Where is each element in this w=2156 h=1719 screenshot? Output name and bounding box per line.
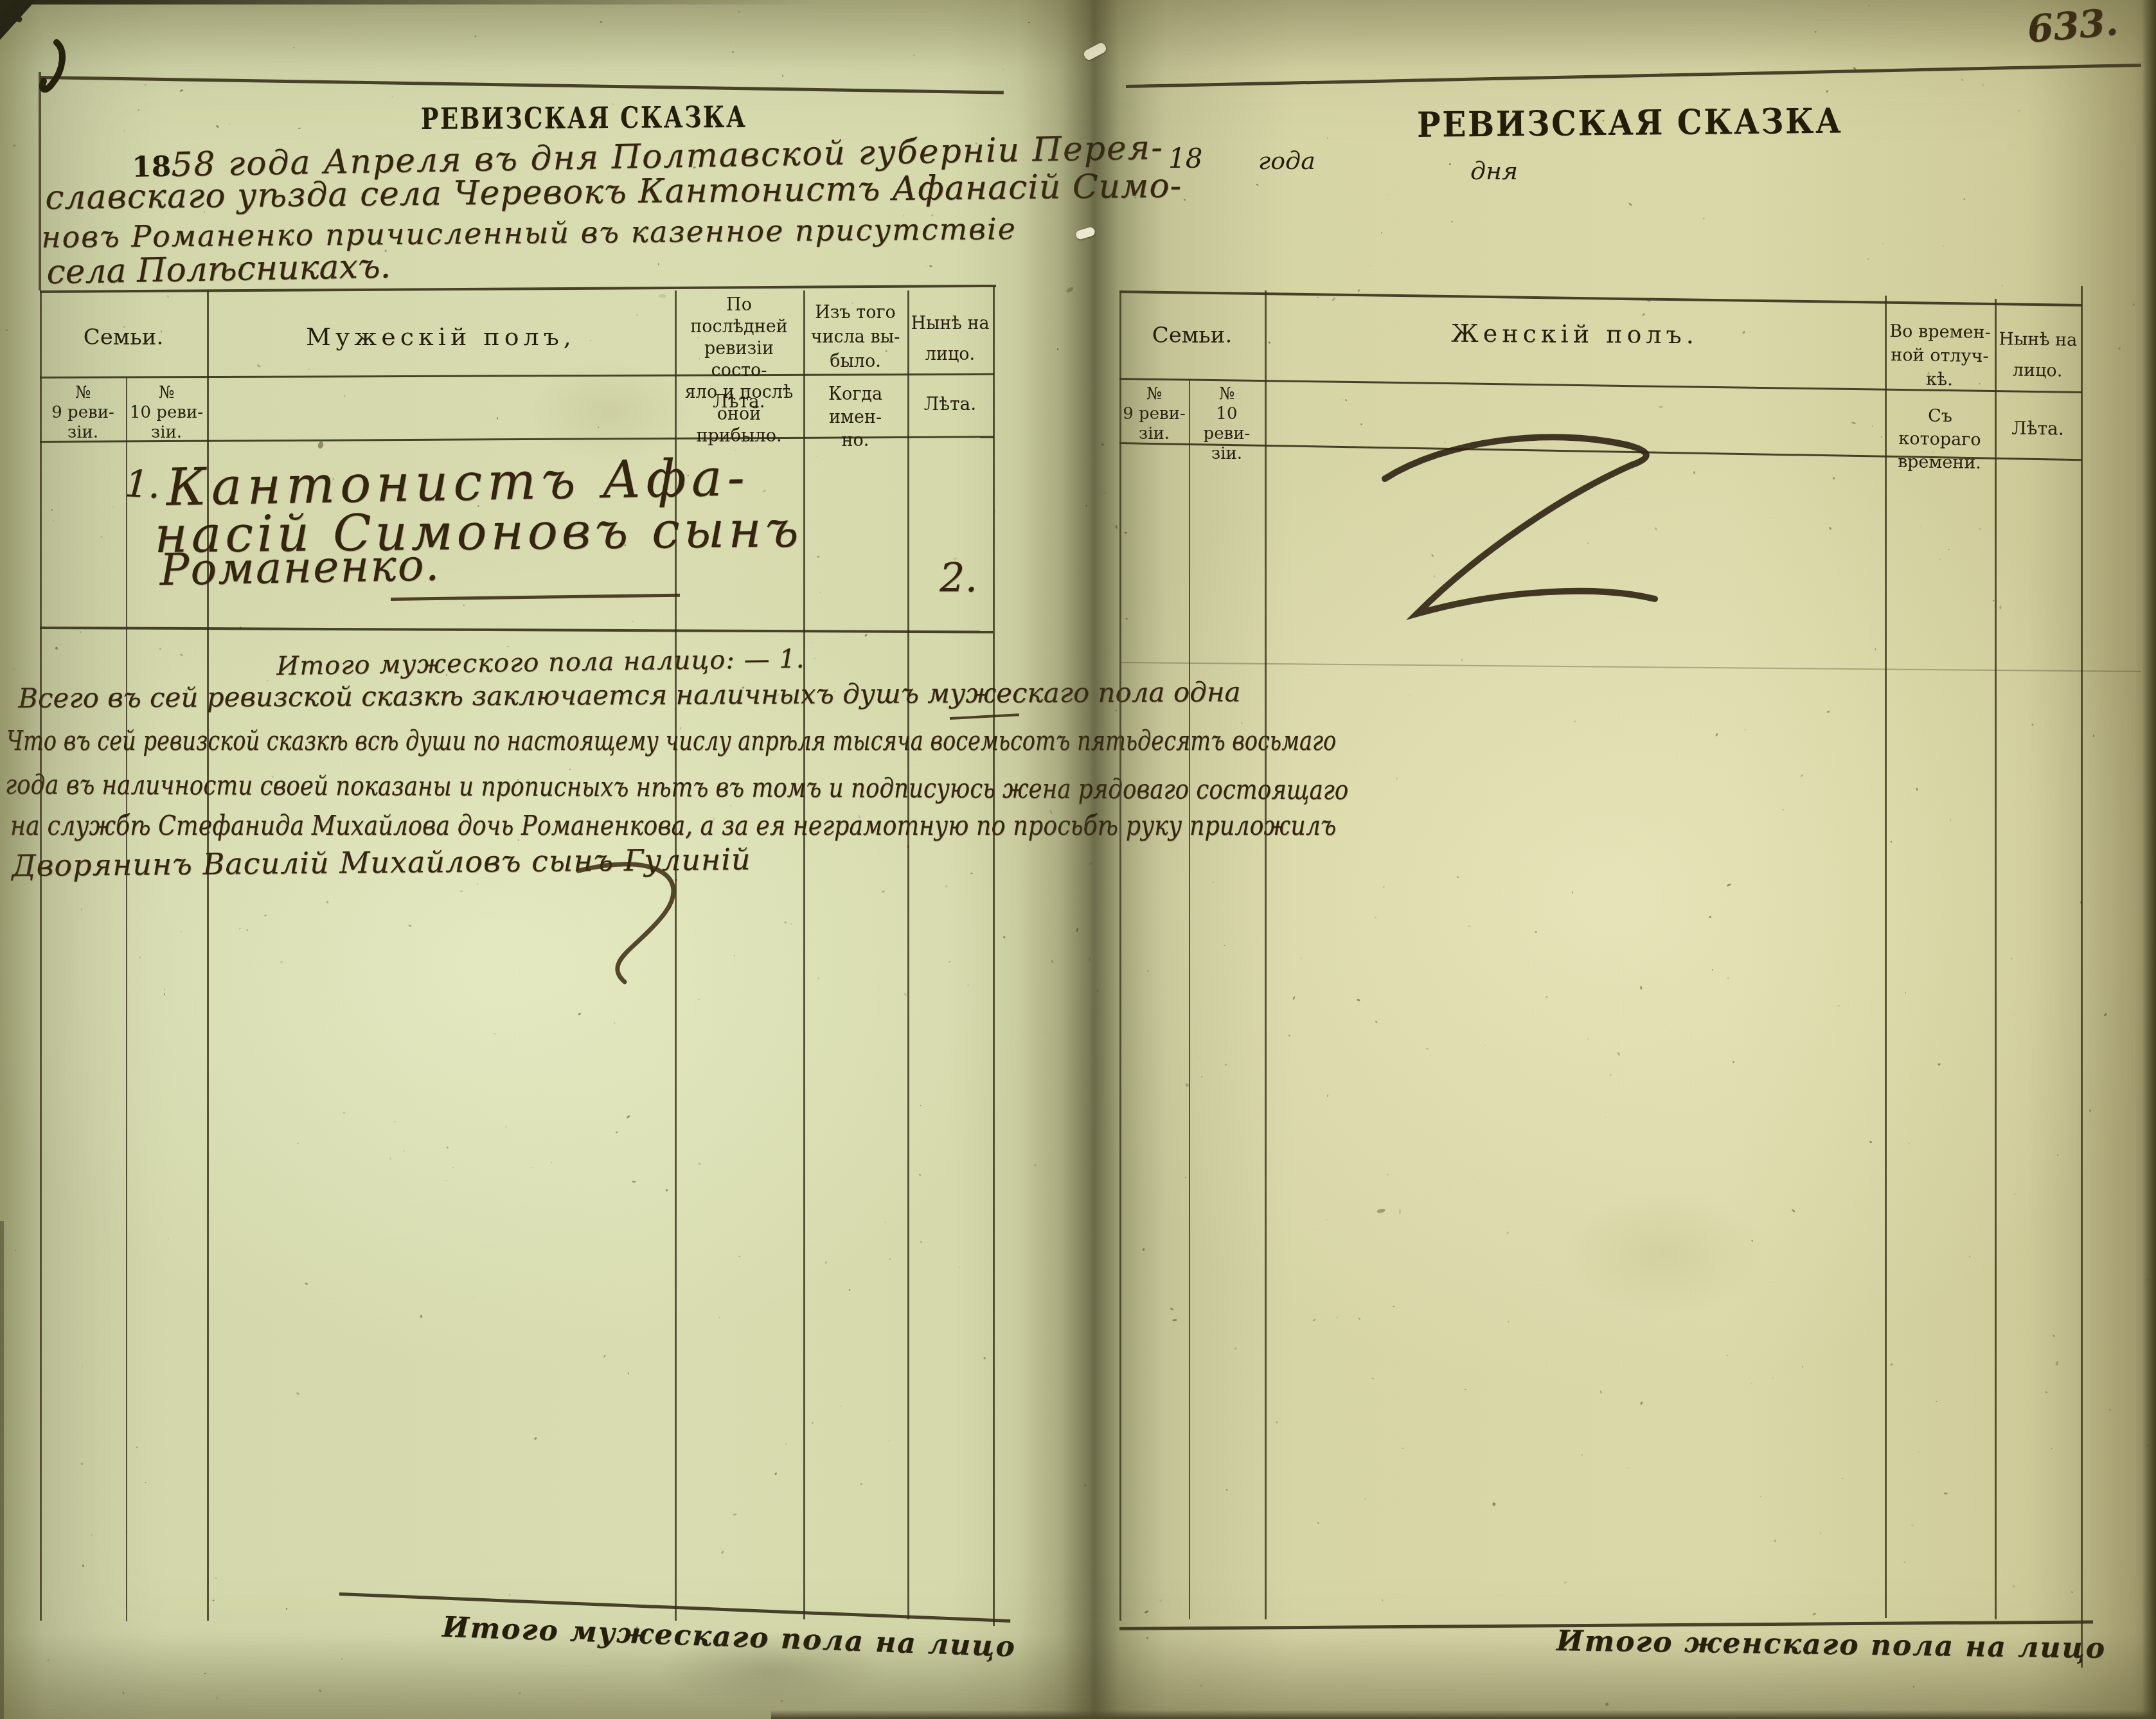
paper-speck <box>1299 1379 1300 1380</box>
paper-speck <box>2056 1154 2058 1157</box>
paper-speck <box>216 1697 218 1698</box>
paper-speck <box>949 961 950 963</box>
paper-speck <box>1572 891 1573 894</box>
entry-age-now: 2. <box>940 554 977 601</box>
paper-speck <box>1588 1038 1589 1040</box>
paper-speck <box>297 1143 299 1145</box>
paper-speck <box>882 891 885 893</box>
right-year-label: года <box>1258 147 1315 175</box>
paper-speck <box>1751 1240 1754 1242</box>
paper-speck <box>860 1483 862 1486</box>
paper-speck <box>1903 1561 1906 1563</box>
paper-speck <box>2118 347 2121 350</box>
fold-crease-line <box>1119 662 2141 672</box>
paper-speck <box>2025 1398 2026 1399</box>
paper-speck <box>264 914 267 916</box>
paper-speck <box>2010 957 2013 960</box>
paper-speck <box>80 1462 84 1466</box>
paper-speck <box>1727 977 1730 979</box>
paper-speck <box>666 1189 668 1192</box>
paper-speck <box>452 1167 454 1168</box>
paper-speck <box>1399 1209 1402 1214</box>
paper-speck <box>1627 1467 1628 1469</box>
attestation-line3: года въ наличности своей показаны и проп… <box>5 769 1349 806</box>
paper-speck <box>144 84 147 87</box>
paper-speck <box>1337 1317 1338 1318</box>
paper-speck <box>1382 1599 1383 1601</box>
paper-speck <box>2045 1391 2047 1393</box>
paper-speck <box>1185 1177 1186 1178</box>
paper-speck <box>1783 809 1785 811</box>
paper-speck <box>53 520 54 521</box>
paper-speck <box>1357 999 1360 1001</box>
paper-speck <box>1842 1478 1843 1479</box>
paper-speck <box>2117 702 2119 702</box>
paper-speck <box>2146 1445 2148 1447</box>
revision10-subheader-right: № 10 реви- зіи. <box>1190 384 1263 464</box>
paper-speck <box>1402 1447 1404 1449</box>
paper-speck <box>1124 532 1127 534</box>
paper-speck <box>1820 1533 1822 1535</box>
paper-speck <box>266 768 267 769</box>
previous-revision-column-header: По послѣдней ревизіи состо- яло и послѣ … <box>676 294 802 447</box>
paper-speck <box>204 1673 206 1675</box>
paper-speck <box>215 125 219 129</box>
paper-speck <box>1395 778 1398 780</box>
paper-speck <box>1125 618 1128 620</box>
paper-speck <box>984 1357 986 1360</box>
paper-speck <box>2109 1409 2111 1411</box>
paper-speck <box>1393 1305 1395 1307</box>
left-page-title: РЕВИЗСКАЯ СКАЗКА <box>421 100 747 136</box>
paper-speck <box>2093 735 2095 737</box>
paper-speck <box>2013 1014 2014 1015</box>
attestation-underline <box>950 713 1019 720</box>
paper-speck <box>1224 1063 1227 1065</box>
paper-speck <box>460 891 463 893</box>
paper-speck <box>1170 1307 1174 1310</box>
paper-speck <box>1341 398 1343 400</box>
paper-speck <box>1564 1581 1567 1584</box>
paper-speck <box>1288 1034 1291 1037</box>
paper-speck <box>1869 1141 1873 1144</box>
male-sex-column-header: Мужескій полъ, <box>207 323 675 351</box>
paper-speck <box>1729 1715 1732 1716</box>
paper-speck <box>1599 1391 1602 1394</box>
paper-speck <box>1312 1319 1315 1322</box>
corner-ink-mark <box>6 0 96 103</box>
paper-speck <box>2018 109 2020 112</box>
table-rule <box>1885 296 1887 1618</box>
paper-speck <box>2089 1109 2092 1112</box>
paper-speck <box>787 1712 787 1713</box>
paper-speck <box>15 1250 16 1251</box>
scan-edge <box>771 1710 2156 1719</box>
paper-speck <box>1409 694 1411 696</box>
years-subheader-right: Лѣта. <box>1996 416 2080 441</box>
paper-speck <box>420 1315 422 1318</box>
paper-speck <box>308 368 310 370</box>
paper-speck <box>659 294 666 298</box>
paper-speck <box>1948 549 1950 550</box>
paper-speck <box>600 21 603 23</box>
paper-speck <box>817 555 819 557</box>
table-rule <box>1265 290 1267 1619</box>
paper-speck <box>730 805 732 806</box>
paper-speck <box>1671 1029 1672 1029</box>
paper-speck <box>816 456 817 458</box>
paper-speck <box>967 984 969 986</box>
paper-speck <box>1979 528 1982 530</box>
paper-speck <box>13 145 16 147</box>
paper-speck <box>812 1421 814 1423</box>
paper-speck <box>1358 1317 1361 1321</box>
paper-speck <box>1806 1423 1806 1424</box>
paper-speck <box>1345 399 1348 402</box>
paper-speck <box>1938 1063 1941 1066</box>
since-when-subheader: Съ котораго времени. <box>1885 404 1993 475</box>
paper-speck <box>1923 731 1925 733</box>
paper-speck <box>1449 1189 1450 1190</box>
paper-speck <box>970 872 973 874</box>
paper-speck <box>1801 774 1803 777</box>
paper-speck <box>1065 286 1074 293</box>
paper-speck <box>1115 525 1118 529</box>
paper-speck <box>1386 194 1387 195</box>
paper-speck <box>603 1355 606 1358</box>
table-rule <box>993 286 995 1626</box>
paper-speck <box>1921 526 1922 527</box>
paper-speck <box>1744 729 1746 731</box>
paper-speck <box>463 605 465 606</box>
paper-speck <box>889 1439 890 1441</box>
paper-speck <box>168 1238 168 1240</box>
paper-speck <box>530 1167 531 1168</box>
paper-speck <box>1381 232 1382 234</box>
paper-speck <box>2032 724 2034 726</box>
paper-speck <box>1605 1702 1609 1707</box>
paper-speck <box>1101 443 1104 447</box>
paper-speck <box>1727 1355 1729 1357</box>
paper-speck <box>298 127 301 129</box>
paper-speck <box>1374 916 1376 918</box>
paper-speck <box>945 885 948 888</box>
script-header-line3: новъ Романенко причисленный въ казенное … <box>41 211 1017 254</box>
paper-speck <box>920 1105 922 1107</box>
paper-speck <box>1642 313 1645 317</box>
paper-speck <box>101 536 102 538</box>
right-year-blank: 18 <box>1168 143 1202 174</box>
right-page-title: РЕВИЗСКАЯ СКАЗКА <box>1417 100 1843 145</box>
attestation-line4: на службѣ Стефанида Михайлова дочь Роман… <box>10 810 1336 841</box>
paper-speck <box>1655 252 1656 253</box>
paper-speck <box>1057 348 1058 350</box>
paper-speck <box>824 1261 828 1265</box>
paper-speck <box>1456 876 1459 878</box>
paper-speck <box>1292 996 1296 1001</box>
paper-speck <box>1147 970 1148 972</box>
paper-speck <box>1999 605 2001 609</box>
right-footer-total-label: Итого женскаго пола на лицо <box>1556 1625 2107 1665</box>
paper-speck <box>813 642 814 643</box>
paper-speck <box>2014 1193 2015 1195</box>
table-rule <box>803 290 805 1619</box>
subtotal-script-line: Итого мужеского пола налицо: — 1. <box>276 645 805 681</box>
paper-speck <box>506 1127 507 1128</box>
paper-speck <box>474 35 476 37</box>
paper-speck <box>1872 425 1873 427</box>
paper-speck <box>1503 1594 1504 1595</box>
paper-speck <box>814 658 815 659</box>
paper-speck <box>774 1472 778 1475</box>
paper-speck <box>1426 1047 1429 1050</box>
paper-speck <box>1963 198 1966 200</box>
paper-speck <box>296 1392 299 1395</box>
paper-speck <box>494 1033 495 1034</box>
paper-speck <box>1327 137 1329 139</box>
paper-speck <box>1882 243 1884 245</box>
paper-speck <box>179 89 184 93</box>
paper-speck <box>1918 1452 1920 1453</box>
paper-speck <box>239 927 241 929</box>
paper-speck <box>1183 199 1186 200</box>
paper-speck <box>1574 721 1576 722</box>
paper-speck <box>2071 1591 2073 1593</box>
paper-speck <box>122 1691 125 1695</box>
paper-speck <box>476 883 479 885</box>
paper-speck <box>326 901 328 904</box>
paper-speck <box>1826 90 1828 93</box>
paper-speck <box>1760 1496 1761 1497</box>
paper-speck <box>2146 1279 2148 1281</box>
paper-speck <box>446 1180 447 1181</box>
paper-speck <box>782 75 784 77</box>
paper-speck <box>215 1578 217 1579</box>
paper-speck <box>1105 492 1106 494</box>
paper-speck <box>1212 882 1213 883</box>
paper-speck <box>738 10 741 13</box>
script-header-line4: села Полѣсникахъ. <box>46 247 391 292</box>
paper-speck <box>341 1658 343 1659</box>
table-rule <box>126 378 127 1621</box>
paper-speck <box>1468 925 1470 927</box>
scan-edge <box>0 1221 4 1719</box>
table-rule <box>40 373 994 379</box>
paper-speck <box>1376 1208 1385 1214</box>
table-rule <box>1119 290 2082 307</box>
paper-speck <box>1712 969 1713 970</box>
table-rule <box>1126 64 2141 88</box>
paper-speck <box>280 961 283 963</box>
table-rule <box>1119 290 1121 1621</box>
paper-speck <box>1628 202 1632 206</box>
paper-speck <box>113 506 114 508</box>
paper-speck <box>1905 992 1907 994</box>
paper-speck <box>497 417 499 420</box>
paper-speck <box>2055 1361 2059 1366</box>
paper-speck <box>1961 78 1964 82</box>
paper-speck <box>212 1599 214 1601</box>
paper-speck <box>1084 1699 1086 1701</box>
paper-speck <box>1508 1321 1509 1323</box>
entry-dash-stroke <box>391 594 680 601</box>
paper-speck <box>474 1297 475 1298</box>
paper-speck <box>404 1150 405 1152</box>
paper-speck <box>1732 1060 1734 1063</box>
paper-speck <box>926 266 927 267</box>
paper-speck <box>256 364 261 368</box>
paper-speck <box>1051 959 1054 964</box>
table-rule <box>2081 286 2083 1668</box>
paper-speck <box>1083 1484 1086 1487</box>
paper-speck <box>864 634 868 637</box>
paper-speck <box>507 646 509 648</box>
paper-speck <box>1943 1492 1947 1495</box>
paper-speck <box>91 1534 93 1536</box>
paper-speck <box>1950 819 1951 821</box>
paper-speck <box>1200 1076 1203 1078</box>
paper-speck <box>343 1112 346 1114</box>
paper-speck <box>734 955 735 957</box>
revision9-subheader: № 9 реви- зіи. <box>40 383 126 443</box>
paper-speck <box>1076 928 1078 932</box>
attestation-line2: Что въ сей ревизской сказкѣ всѣ души по … <box>6 725 1336 756</box>
paper-speck <box>1969 1256 1971 1258</box>
paper-speck <box>626 1115 630 1119</box>
paper-speck <box>1145 1610 1149 1614</box>
paper-speck <box>1581 1454 1583 1456</box>
table-rule <box>1995 299 1997 1619</box>
paper-speck <box>51 509 53 510</box>
paper-speck <box>1088 957 1091 961</box>
paper-speck <box>229 123 229 125</box>
binding-stitch <box>1075 226 1096 240</box>
paper-speck <box>1301 957 1302 959</box>
revision-list-scan: РЕВИЗСКАЯ СКАЗКА Семьи. Мужескій полъ, П… <box>0 0 2156 1719</box>
paper-speck <box>145 1482 147 1483</box>
paper-speck <box>1881 436 1883 438</box>
paper-speck <box>305 1282 308 1285</box>
paper-speck <box>1146 1637 1148 1640</box>
paper-speck <box>913 55 916 57</box>
paper-speck <box>1911 1524 1914 1526</box>
paper-speck <box>1874 648 1876 651</box>
paper-speck <box>55 646 58 650</box>
paper-speck <box>159 648 161 650</box>
paper-speck <box>391 96 393 98</box>
paper-speck <box>1485 1045 1486 1046</box>
paper-speck <box>614 1022 616 1024</box>
paper-speck <box>1028 21 1031 23</box>
now-present-column-header: Нынѣ на лицо. <box>909 308 992 370</box>
paper-speck <box>1382 886 1385 888</box>
paper-speck <box>1241 722 1243 724</box>
paper-speck <box>1867 258 1870 260</box>
paper-speck <box>1890 841 1892 843</box>
paper-speck <box>2105 1313 2107 1314</box>
paper-speck <box>5 329 8 332</box>
paper-speck <box>1089 861 1093 865</box>
paper-speck <box>1774 1539 1777 1542</box>
table-rule <box>39 72 41 290</box>
paper-speck <box>1224 945 1225 946</box>
paper-speck <box>1143 1248 1145 1251</box>
paper-speck <box>780 1700 783 1702</box>
paper-speck <box>1364 1498 1366 1500</box>
entry-name-line3: Романенко. <box>159 540 441 596</box>
paper-speck <box>2133 303 2135 306</box>
paper-speck <box>762 489 766 492</box>
revision9-subheader-right: № 9 реви- зіи. <box>1121 384 1188 444</box>
paper-speck <box>790 923 792 925</box>
paper-speck <box>551 1162 553 1164</box>
paper-speck <box>136 1447 138 1448</box>
paper-speck <box>1605 1118 1607 1119</box>
scan-edge <box>0 0 964 4</box>
paper-speck <box>733 1513 736 1516</box>
right-day-label: дня <box>1470 157 1518 185</box>
paper-speck <box>80 908 83 911</box>
paper-speck <box>166 295 170 298</box>
paper-speck <box>817 977 819 979</box>
paper-speck <box>1327 1094 1329 1097</box>
paper-speck <box>1837 1005 1840 1006</box>
paper-speck <box>1827 710 1830 713</box>
years-prev-subheader: Лѣта. <box>676 389 802 413</box>
paper-speck <box>534 1437 537 1440</box>
paper-speck <box>1936 1401 1938 1403</box>
departed-column-header: Изъ того числа вы- было. <box>805 301 906 374</box>
paper-speck <box>721 1551 724 1554</box>
paper-speck <box>732 51 735 53</box>
paper-speck <box>1815 31 1817 33</box>
paper-speck <box>1703 218 1705 220</box>
paper-speck <box>632 1180 636 1183</box>
paper-speck <box>1371 1377 1375 1379</box>
paper-speck <box>317 441 324 449</box>
scan-edge <box>2142 0 2156 1719</box>
paper-speck <box>245 929 248 931</box>
paper-speck <box>1449 163 1451 165</box>
paper-speck <box>1234 1348 1236 1350</box>
paper-speck <box>698 1162 701 1165</box>
paper-speck <box>509 1594 510 1596</box>
table-rule <box>1189 379 1190 1619</box>
paper-speck <box>840 1405 841 1407</box>
paper-speck <box>785 1443 787 1445</box>
paper-speck <box>164 993 165 995</box>
paper-speck <box>1465 1389 1466 1390</box>
paper-speck <box>446 1146 449 1149</box>
paper-speck <box>319 1689 322 1693</box>
family-column-header: Семьи. <box>40 325 207 350</box>
paper-speck <box>578 1012 582 1015</box>
paper-speck <box>889 1258 891 1260</box>
paper-speck <box>1829 527 1832 531</box>
entry-family-number: 1. <box>123 461 161 507</box>
paper-speck <box>632 621 634 623</box>
paper-speck <box>1225 1489 1227 1490</box>
paper-speck <box>959 1267 960 1268</box>
paper-speck <box>718 1317 720 1318</box>
table-rule <box>40 290 42 1621</box>
attestation-line1: Всего въ сей ревизской сказкѣ заключаетс… <box>18 676 1241 714</box>
paper-speck <box>1833 477 1835 480</box>
paper-speck <box>1640 1402 1643 1405</box>
paper-speck <box>79 630 82 633</box>
table-rule <box>40 627 993 633</box>
paper-speck <box>1709 916 1711 918</box>
